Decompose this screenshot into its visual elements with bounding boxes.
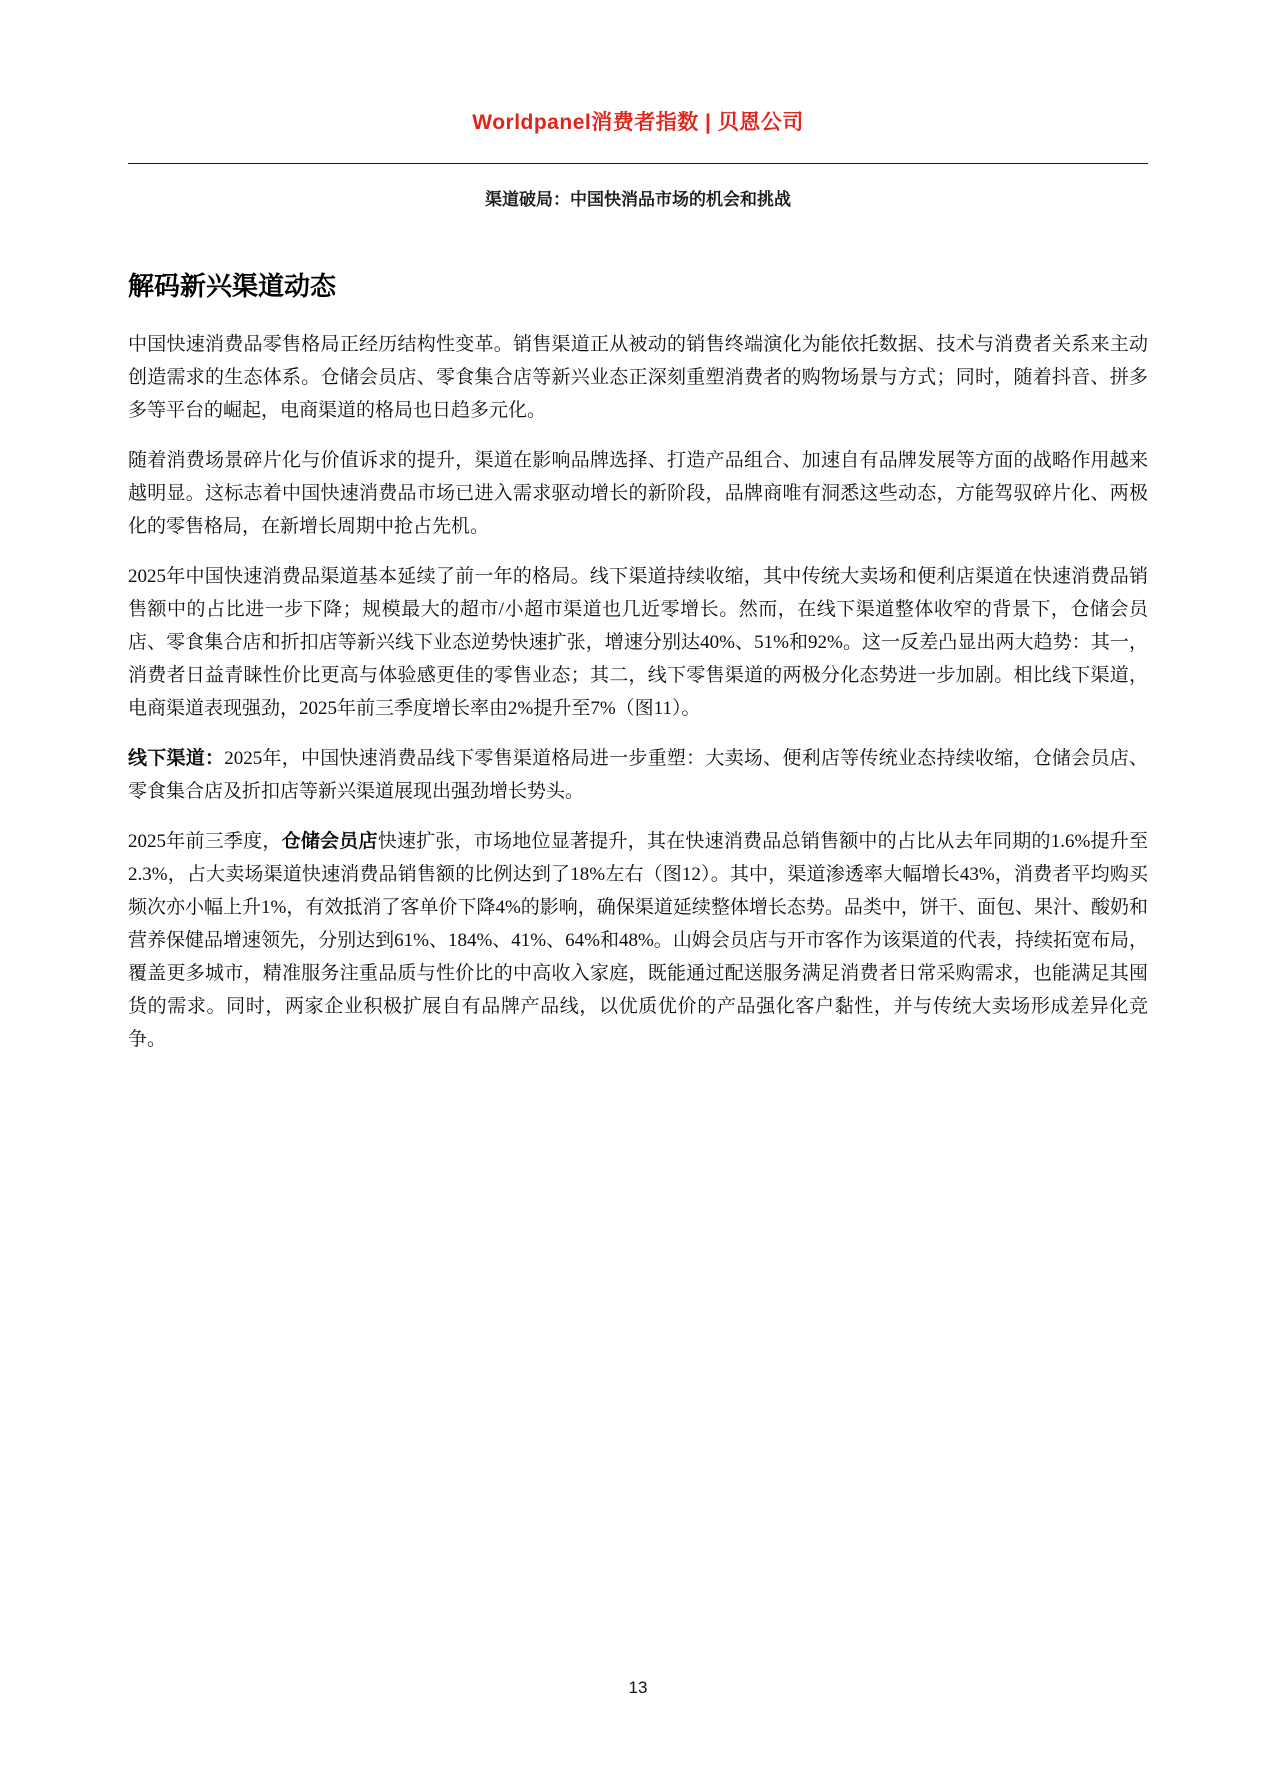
header-divider <box>128 163 1148 164</box>
section-heading: 解码新兴渠道动态 <box>128 271 1148 301</box>
document-page: Worldpanel消费者指数 | 贝恩公司 渠道破局：中国快消品市场的机会和挑… <box>0 0 1276 1789</box>
page-header: Worldpanel消费者指数 | 贝恩公司 渠道破局：中国快消品市场的机会和挑… <box>0 0 1276 210</box>
body-paragraph: 中国快速消费品零售格局正经历结构性变革。销售渠道正从被动的销售终端演化为能依托数… <box>128 328 1148 427</box>
brand-title: Worldpanel消费者指数 | 贝恩公司 <box>0 106 1276 136</box>
page-footer: 13 <box>0 1678 1276 1698</box>
body-paragraph: 线下渠道：2025年，中国快速消费品线下零售渠道格局进一步重塑：大卖场、便利店等… <box>128 742 1148 808</box>
body-paragraphs: 中国快速消费品零售格局正经历结构性变革。销售渠道正从被动的销售终端演化为能依托数… <box>128 328 1148 1056</box>
page-number: 13 <box>629 1678 648 1697</box>
body-paragraph: 2025年中国快速消费品渠道基本延续了前一年的格局。线下渠道持续收缩，其中传统大… <box>128 560 1148 725</box>
body-paragraph: 随着消费场景碎片化与价值诉求的提升，渠道在影响品牌选择、打造产品组合、加速自有品… <box>128 444 1148 543</box>
page-content: 解码新兴渠道动态 中国快速消费品零售格局正经历结构性变革。销售渠道正从被动的销售… <box>0 271 1276 1056</box>
body-paragraph: 2025年前三季度，仓储会员店快速扩张，市场地位显著提升，其在快速消费品总销售额… <box>128 825 1148 1056</box>
report-title: 渠道破局：中国快消品市场的机会和挑战 <box>0 185 1276 210</box>
